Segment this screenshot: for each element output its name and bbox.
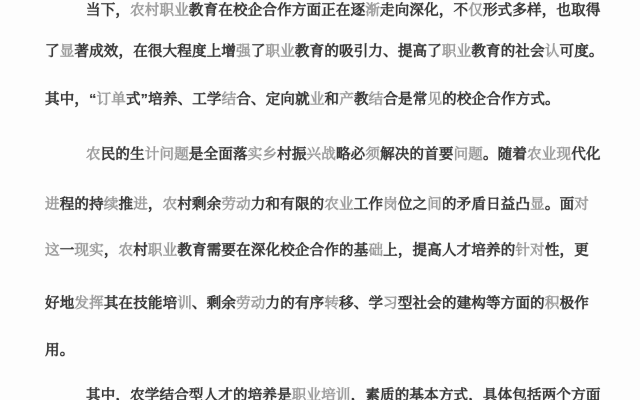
text-segment: 性，更 bbox=[545, 243, 589, 259]
text-segment: 教育的社会 bbox=[471, 44, 545, 60]
text-segment: 合、定向就 bbox=[236, 92, 310, 108]
text-segment: 、剩余 bbox=[192, 296, 236, 312]
text-segment: 计问题 bbox=[145, 147, 189, 163]
text-segment: 了 bbox=[251, 44, 266, 60]
text-segment: 职业培训 bbox=[292, 388, 351, 400]
text-segment: 劳动 bbox=[236, 296, 265, 312]
text-line: 用。 bbox=[45, 343, 74, 360]
text-segment: 形式多样，也取得 bbox=[483, 3, 601, 19]
text-segment: 是全面落 bbox=[189, 147, 248, 163]
text-segment: 村 bbox=[133, 243, 148, 259]
text-segment: 工作 bbox=[354, 197, 383, 213]
text-segment: 认 bbox=[545, 44, 560, 60]
text-segment: 民的生 bbox=[101, 147, 145, 163]
text-segment: 进 bbox=[45, 197, 60, 213]
text-segment: 习 bbox=[383, 296, 398, 312]
text-segment: 业 bbox=[310, 92, 325, 108]
text-segment: 其中，农学结合型人才的培养是 bbox=[86, 388, 292, 400]
text-segment: 续 bbox=[104, 197, 119, 213]
text-segment: 见 bbox=[427, 92, 442, 108]
text-segment: 一 bbox=[60, 243, 75, 259]
text-segment: 程的持 bbox=[60, 197, 104, 213]
text-segment: 可度。 bbox=[560, 44, 604, 60]
text-segment: 上，提高人才培养的 bbox=[383, 243, 515, 259]
text-line: 当下，农村职业教育在校企合作方面正在逐渐走向深化，不仅形式多样，也取得 bbox=[86, 3, 601, 20]
text-segment: 结 bbox=[369, 92, 384, 108]
text-segment: 农村职业 bbox=[130, 3, 189, 19]
text-segment: 职业 bbox=[266, 44, 295, 60]
text-segment: 进 bbox=[133, 197, 148, 213]
text-line: 了显著成效，在很大程度上增强了职业教育的吸引力、提高了职业教育的社会认可度。 bbox=[45, 44, 604, 61]
text-segment: 结 bbox=[222, 92, 237, 108]
text-segment: 用。 bbox=[45, 343, 74, 359]
text-segment: 的矛盾日益凸 bbox=[442, 197, 530, 213]
text-segment: 教育的吸引力、提高了 bbox=[295, 44, 442, 60]
text-segment: 职业 bbox=[442, 44, 471, 60]
text-segment: 好地 bbox=[45, 296, 74, 312]
text-segment: 针对 bbox=[515, 243, 544, 259]
text-segment: 积 bbox=[545, 296, 560, 312]
text-segment: 仅 bbox=[468, 3, 483, 19]
text-segment: 教育需要在深化校企合作的基 bbox=[177, 243, 368, 259]
text-segment: 须 bbox=[365, 147, 380, 163]
text-segment: 岗 bbox=[383, 197, 398, 213]
text-segment: 农 bbox=[86, 147, 101, 163]
text-segment: ， bbox=[104, 243, 119, 259]
text-segment: 略必 bbox=[336, 147, 365, 163]
text-line: 其中，农学结合型人才的培养是职业培训，素质的基本方式，具体包括两个方面 bbox=[86, 388, 601, 400]
text-segment: 转 bbox=[324, 296, 339, 312]
text-segment: 间 bbox=[427, 197, 442, 213]
text-line: 这一现实，农村职业教育需要在深化校企合作的基础上，提高人才培养的针对性，更 bbox=[45, 243, 589, 260]
text-segment: 和 bbox=[325, 92, 340, 108]
text-line: 好地发挥其在技能培训、剩余劳动力的有序转移、学习型社会的建构等方面的积极作 bbox=[45, 296, 589, 313]
text-segment: 兴战 bbox=[307, 147, 336, 163]
text-segment: 现实 bbox=[74, 243, 103, 259]
text-segment: 型社会的建构等方面的 bbox=[398, 296, 545, 312]
text-segment: 了 bbox=[45, 44, 60, 60]
text-segment: 解决的首要 bbox=[380, 147, 454, 163]
text-segment: 强 bbox=[236, 44, 251, 60]
text-segment: 位之 bbox=[398, 197, 427, 213]
text-segment: 力和有限的 bbox=[251, 197, 325, 213]
text-segment: 著成效，在很大程度上增 bbox=[74, 44, 236, 60]
text-segment: 农 bbox=[119, 243, 134, 259]
text-segment: 其在技能培 bbox=[104, 296, 178, 312]
text-segment: ，素质的基本方式，具体包括两个方面 bbox=[351, 388, 601, 400]
text-segment: 当下， bbox=[86, 3, 130, 19]
text-segment: 。面 bbox=[545, 197, 574, 213]
text-segment: 式”培养、工学 bbox=[126, 92, 222, 108]
text-segment: 发挥 bbox=[74, 296, 103, 312]
text-segment: 问题 bbox=[454, 147, 483, 163]
text-segment: 代化 bbox=[571, 147, 600, 163]
text-segment: 产 bbox=[339, 92, 354, 108]
text-segment: 教育在校企合作方面正在逐 bbox=[189, 3, 365, 19]
text-segment: 实乡 bbox=[248, 147, 277, 163]
text-segment: 的校企合作方式。 bbox=[442, 92, 560, 108]
document-page: 当下，农村职业教育在校企合作方面正在逐渐走向深化，不仅形式多样，也取得了显著成效… bbox=[0, 0, 640, 400]
document-text-area: 当下，农村职业教育在校企合作方面正在逐渐走向深化，不仅形式多样，也取得了显著成效… bbox=[0, 0, 640, 400]
text-segment: 力的有序 bbox=[266, 296, 325, 312]
text-segment: 合是常 bbox=[383, 92, 427, 108]
text-segment: 农 bbox=[163, 197, 178, 213]
text-segment: 订单 bbox=[97, 92, 126, 108]
text-segment: 对 bbox=[574, 197, 589, 213]
text-segment: 走向深化，不 bbox=[380, 3, 468, 19]
text-segment: 极作 bbox=[560, 296, 589, 312]
text-segment: 其中，“ bbox=[45, 92, 97, 108]
text-line: 进程的持续推进，农村剩余劳动力和有限的农业工作岗位之间的矛盾日益凸显。面对 bbox=[45, 197, 589, 214]
text-segment: 显 bbox=[530, 197, 545, 213]
text-segment: 渐 bbox=[365, 3, 380, 19]
text-segment: 这 bbox=[45, 243, 60, 259]
text-segment: 推 bbox=[119, 197, 134, 213]
text-segment: 础 bbox=[368, 243, 383, 259]
text-segment: 村振 bbox=[277, 147, 306, 163]
text-line: 农民的生计问题是全面落实乡村振兴战略必须解决的首要问题。随着农业现代化 bbox=[86, 147, 601, 164]
text-segment: 显 bbox=[60, 44, 75, 60]
text-segment: 农业 bbox=[324, 197, 353, 213]
text-segment: 村剩余 bbox=[177, 197, 221, 213]
text-segment: 。随着 bbox=[483, 147, 527, 163]
text-segment: 劳动 bbox=[221, 197, 250, 213]
text-line: 其中，“订单式”培养、工学结合、定向就业和产教结合是常见的校企合作方式。 bbox=[45, 92, 560, 109]
text-segment: 农业现 bbox=[527, 147, 571, 163]
text-segment: 职业 bbox=[148, 243, 177, 259]
text-segment: ， bbox=[148, 197, 163, 213]
text-segment: 移、学 bbox=[339, 296, 383, 312]
text-segment: 训 bbox=[177, 296, 192, 312]
text-segment: 教 bbox=[354, 92, 369, 108]
